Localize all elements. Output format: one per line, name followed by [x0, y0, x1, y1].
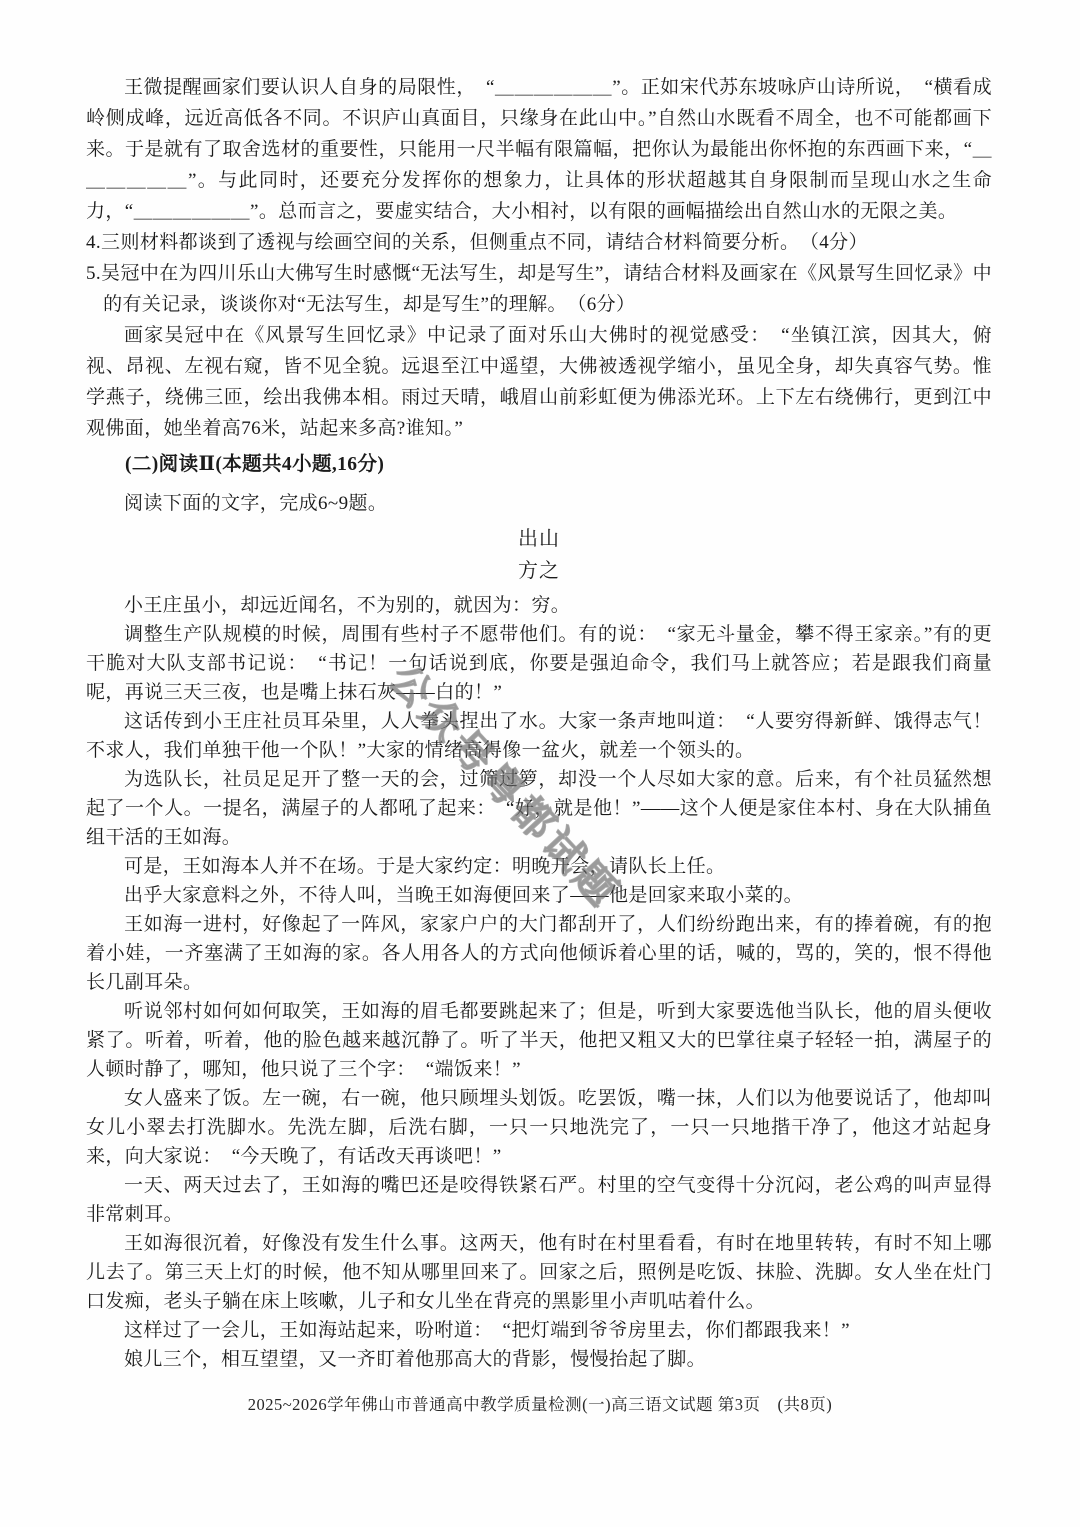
- story-paragraph: 一天、两天过去了，王如海的嘴巴还是咬得铁紧石严。村里的空气变得十分沉闷，老公鸡的…: [86, 1171, 992, 1229]
- question-5: 5.吴冠中在为四川乐山大佛写生时感慨“无法写生，却是写生”，请结合材料及画家在《…: [86, 258, 992, 320]
- question-4: 4.三则材料都谈到了透视与绘画空间的关系，但侧重点不同，请结合材料简要分析。 （…: [86, 227, 992, 258]
- story-paragraph: 听说邻村如何如何取笑，王如海的眉毛都要跳起来了；但是，听到大家要选他当队长，他的…: [86, 997, 992, 1084]
- story-author: 方之: [86, 555, 992, 587]
- story-paragraph: 王如海很沉着，好像没有发生什么事。这两天，他有时在村里看看，有时在地里转转，有时…: [86, 1229, 992, 1316]
- story-paragraph: 女人盛来了饭。左一碗，右一碗，他只顾埋头划饭。吃罢饭，嘴一抹，人们以为他要说话了…: [86, 1084, 992, 1171]
- story-paragraph: 出乎大家意料之外，不待人叫，当晚王如海便回来了——他是回家来取小菜的。: [86, 881, 992, 910]
- story-paragraph: 可是，王如海本人并不在场。于是大家约定：明晚开会，请队长上任。: [86, 852, 992, 881]
- story-paragraph: 这话传到小王庄社员耳朵里，人人拳头捏出了水。大家一条声地叫道： “人要穷得新鲜、…: [86, 707, 992, 765]
- story-paragraph: 调整生产队规模的时候，周围有些村子不愿带他们。有的说： “家无斗量金，攀不得王家…: [86, 620, 992, 707]
- story-paragraph: 为选队长，社员足足开了整一天的会，过筛过箩，却没一个人尽如大家的意。后来，有个社…: [86, 765, 992, 852]
- quote-paragraph: 画家吴冠中在《风景写生回忆录》中记录了面对乐山大佛时的视觉感受： “坐镇江滨，因…: [86, 320, 992, 444]
- intro-paragraph: 王微提醒画家们要认识人自身的局限性， “＿＿＿＿＿＿”。正如宋代苏东坡咏庐山诗所…: [86, 72, 992, 227]
- page-footer: 2025~2026学年佛山市普通高中教学质量检测(一)高三语文试题 第3页 (共…: [0, 1391, 1080, 1415]
- story-paragraph: 王如海一进村，好像起了一阵风，家家户户的大门都刮开了，人们纷纷跑出来，有的捧着碗…: [86, 910, 992, 997]
- section-heading: (二)阅读Ⅱ(本题共4小题,16分): [86, 448, 992, 482]
- story-paragraph: 娘儿三个，相互望望，又一齐盯着他那高大的背影，慢慢抬起了脚。: [86, 1345, 992, 1374]
- story-paragraph: 这样过了一会儿，王如海站起来，吩咐道： “把灯端到爷爷房里去，你们都跟我来！”: [86, 1316, 992, 1345]
- exam-page: 公众号粤都试题 王微提醒画家们要认识人自身的局限性， “＿＿＿＿＿＿”。正如宋代…: [0, 0, 1080, 1527]
- story-paragraph: 小王庄虽小，却远近闻名，不为别的，就因为：穷。: [86, 591, 992, 620]
- story-body: 小王庄虽小，却远近闻名，不为别的，就因为：穷。 调整生产队规模的时候，周围有些村…: [86, 591, 992, 1374]
- reading-instruction: 阅读下面的文字，完成6~9题。: [86, 488, 992, 519]
- story-title: 出山: [86, 523, 992, 555]
